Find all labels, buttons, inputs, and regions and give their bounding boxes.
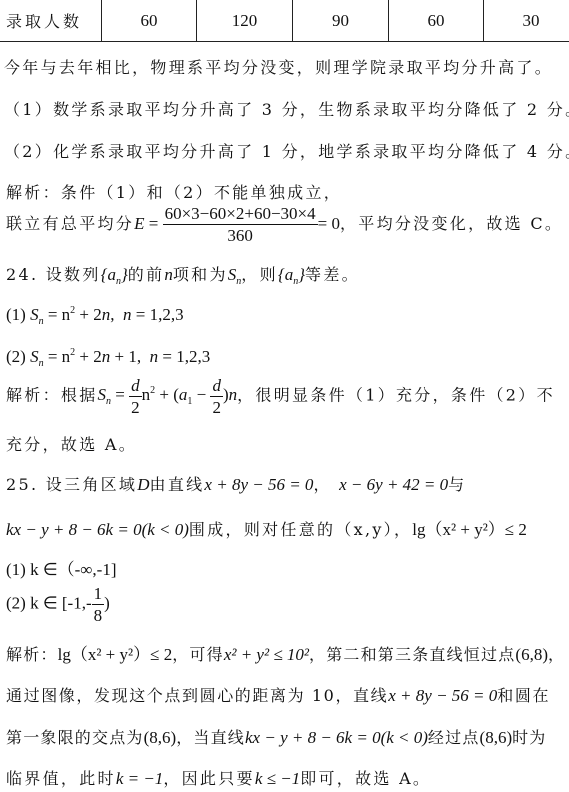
math-var: D [137,475,149,494]
inequality: lg（x² + y²）≤ 2 [58,645,173,664]
q24-analysis-2: 充分，故选 A。 [6,432,137,455]
denominator: 360 [163,225,318,244]
text: 25. 设三角区域 [6,475,137,494]
point: (8,6) [144,728,177,747]
q25-analysis-1: 解析：lg（x² + y²）≤ 2，可得x² + y² ≤ 10²，第二和第三条… [6,640,565,665]
text: ) [104,593,110,612]
q25-analysis-2: 通过图像，发现这个点到圆心的距离为 10，直线x + 8y − 56 = 0和圆… [6,683,550,706]
q23-analysis-1: 解析：条件（1）和（2）不能单独成立， [6,180,342,203]
math-var: E [134,214,144,233]
text: ，当直线 [176,728,245,747]
q23-analysis-2: 联立有总平均分E = 60×3−60×2+60−30×4360= 0，平均分没变… [6,205,563,244]
row-header: 录取人数 [0,0,102,42]
denominator: 8 [92,605,105,624]
text: ，则 [241,265,278,284]
equation: k = −1 [116,769,164,788]
label: (2) [6,347,26,366]
text: ，第二和第三条直线恒过点 [309,645,515,664]
equation: x − 6y + 42 = 0 [339,475,448,494]
analysis-text: 联立有总平均分 [6,214,134,233]
q23-condition-2: （2）化学系录取平均分升高了 1 分，地学系录取平均分降低了 4 分。 [4,139,569,162]
equals: = 0 [318,214,340,233]
q25-condition-1: (1) k ∈（-∞,-1] [6,555,116,580]
point: (8,6) [480,728,513,747]
admission-table: 录取人数 60 120 90 60 30 [0,0,569,42]
fraction: 60×3−60×2+60−30×4360 [163,205,318,244]
text: 等差。 [305,265,360,284]
q25-analysis-4: 临界值，此时k = −1，因此只要k ≤ −1即可，故选 A。 [6,766,431,789]
point: (6,8) [515,645,548,664]
text: ，很明显条件（1）充分，条件（2）不 [237,385,555,404]
q25-condition-2: (2) k ∈ [-1,-18) [6,585,110,624]
q25-stem-1: 25. 设三角区域D由直线x + 8y − 56 = 0， x − 6y + 4… [6,472,466,495]
q25-stem-2: kx − y + 8 − 6k = 0(k < 0)围成，则对任意的（x,y），… [6,515,527,540]
equation: kx − y + 8 − 6k = 0(k < 0) [245,728,428,747]
text: ，可得 [172,645,224,664]
inequality: k ≤ −1 [255,769,300,788]
q23-condition-1: （1）数学系录取平均分升高了 3 分，生物系录取平均分降低了 2 分。 [4,97,569,120]
q24-condition-1: (1) Sn = n2 + 2n, n = 1,2,3 [6,305,184,327]
q24-stem: 24. 设数列{an}的前n项和为Sn，则{an}等差。 [6,262,360,287]
text: 由直线 [150,475,205,494]
text: 的前 [128,265,165,284]
q25-analysis-3: 第一象限的交点为(8,6)，当直线kx − y + 8 − 6k = 0(k <… [6,725,547,748]
numerator: 60×3−60×2+60−30×4 [163,205,318,225]
analysis-text: ，平均分没变化，故选 C。 [340,214,563,233]
text: 围成，则对任意的（x,y）， [189,520,412,539]
table-cell: 60 [389,0,484,42]
text: 解析：根据 [6,385,98,404]
text: 24. 设数列 [6,265,101,284]
math-var: n [164,265,173,284]
label: (1) [6,305,26,324]
inequality: x² + y² ≤ 10² [224,645,309,664]
equation: kx − y + 8 − 6k = 0(k < 0) [6,520,189,539]
table-cell: 60 [102,0,197,42]
text: 临界值，此时 [6,769,116,788]
equation: x + 8y − 56 = 0 [204,475,313,494]
text: ， [548,645,565,664]
equation: x + 8y − 56 = 0 [388,686,497,705]
text: 第一象限的交点为 [6,728,144,747]
table-cell: 30 [484,0,569,42]
q24-analysis: 解析：根据Sn = d2n2 + (a1 − d2)n，很明显条件（1）充分，条… [6,377,555,416]
inequality: lg（x² + y²）≤ 2 [412,520,527,539]
text: 解析： [6,645,58,664]
text: 与 [448,475,466,494]
table-row: 录取人数 60 120 90 60 30 [0,0,569,42]
text: 通过图像，发现这个点到圆心的距离为 10，直线 [6,686,388,705]
q24-condition-2: (2) Sn = n2 + 2n + 1, n = 1,2,3 [6,347,210,369]
text: ，因此只要 [163,769,255,788]
table-cell: 120 [197,0,293,42]
table-cell: 90 [293,0,389,42]
text: 项和为 [173,265,228,284]
text: 经过点 [428,728,480,747]
text: 和圆在 [497,686,550,705]
q23-stem: 今年与去年相比，物理系平均分没变，则理学院录取平均分升高了。 [4,55,553,78]
numerator: 1 [92,585,105,605]
text: 即可，故选 A。 [300,769,431,788]
text: 时为 [512,728,546,747]
text: (2) k ∈ [-1,- [6,593,92,612]
